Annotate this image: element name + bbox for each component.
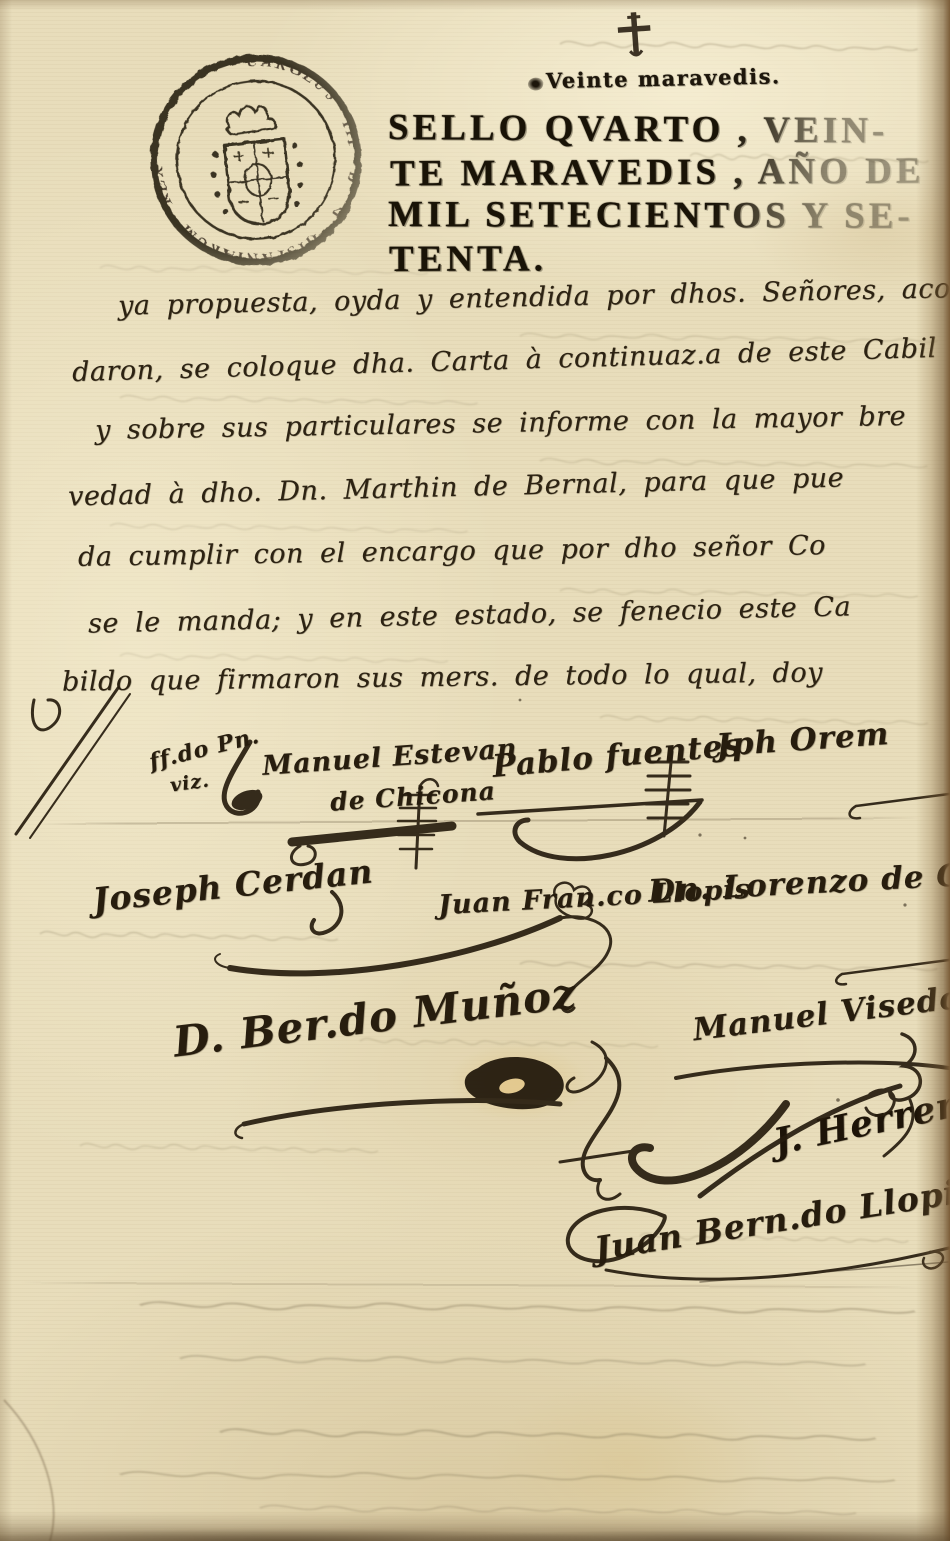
rubric-herrera (632, 1086, 900, 1196)
rubric-pablo-fuentes (478, 752, 702, 859)
page-edge-bottom (0, 1511, 950, 1541)
ink-specks (519, 699, 907, 1102)
margin-paraph (16, 688, 130, 838)
page-edge-top (0, 0, 950, 10)
rubric-ladder-chicona (291, 779, 452, 868)
page-edge-left (0, 0, 12, 1541)
page-edge-right (916, 0, 950, 1541)
cerdan-tail (312, 892, 342, 933)
signature-flourishes (0, 0, 950, 1541)
rubric-llopis (215, 883, 611, 1012)
rubric-visedo (676, 1034, 949, 1156)
rubric-munoz (235, 1042, 640, 1199)
manuscript-page: CAROLUS · III · D · G · HISPANIARUM · RE… (0, 0, 950, 1541)
rubric-juan-bernardo (568, 1208, 949, 1282)
